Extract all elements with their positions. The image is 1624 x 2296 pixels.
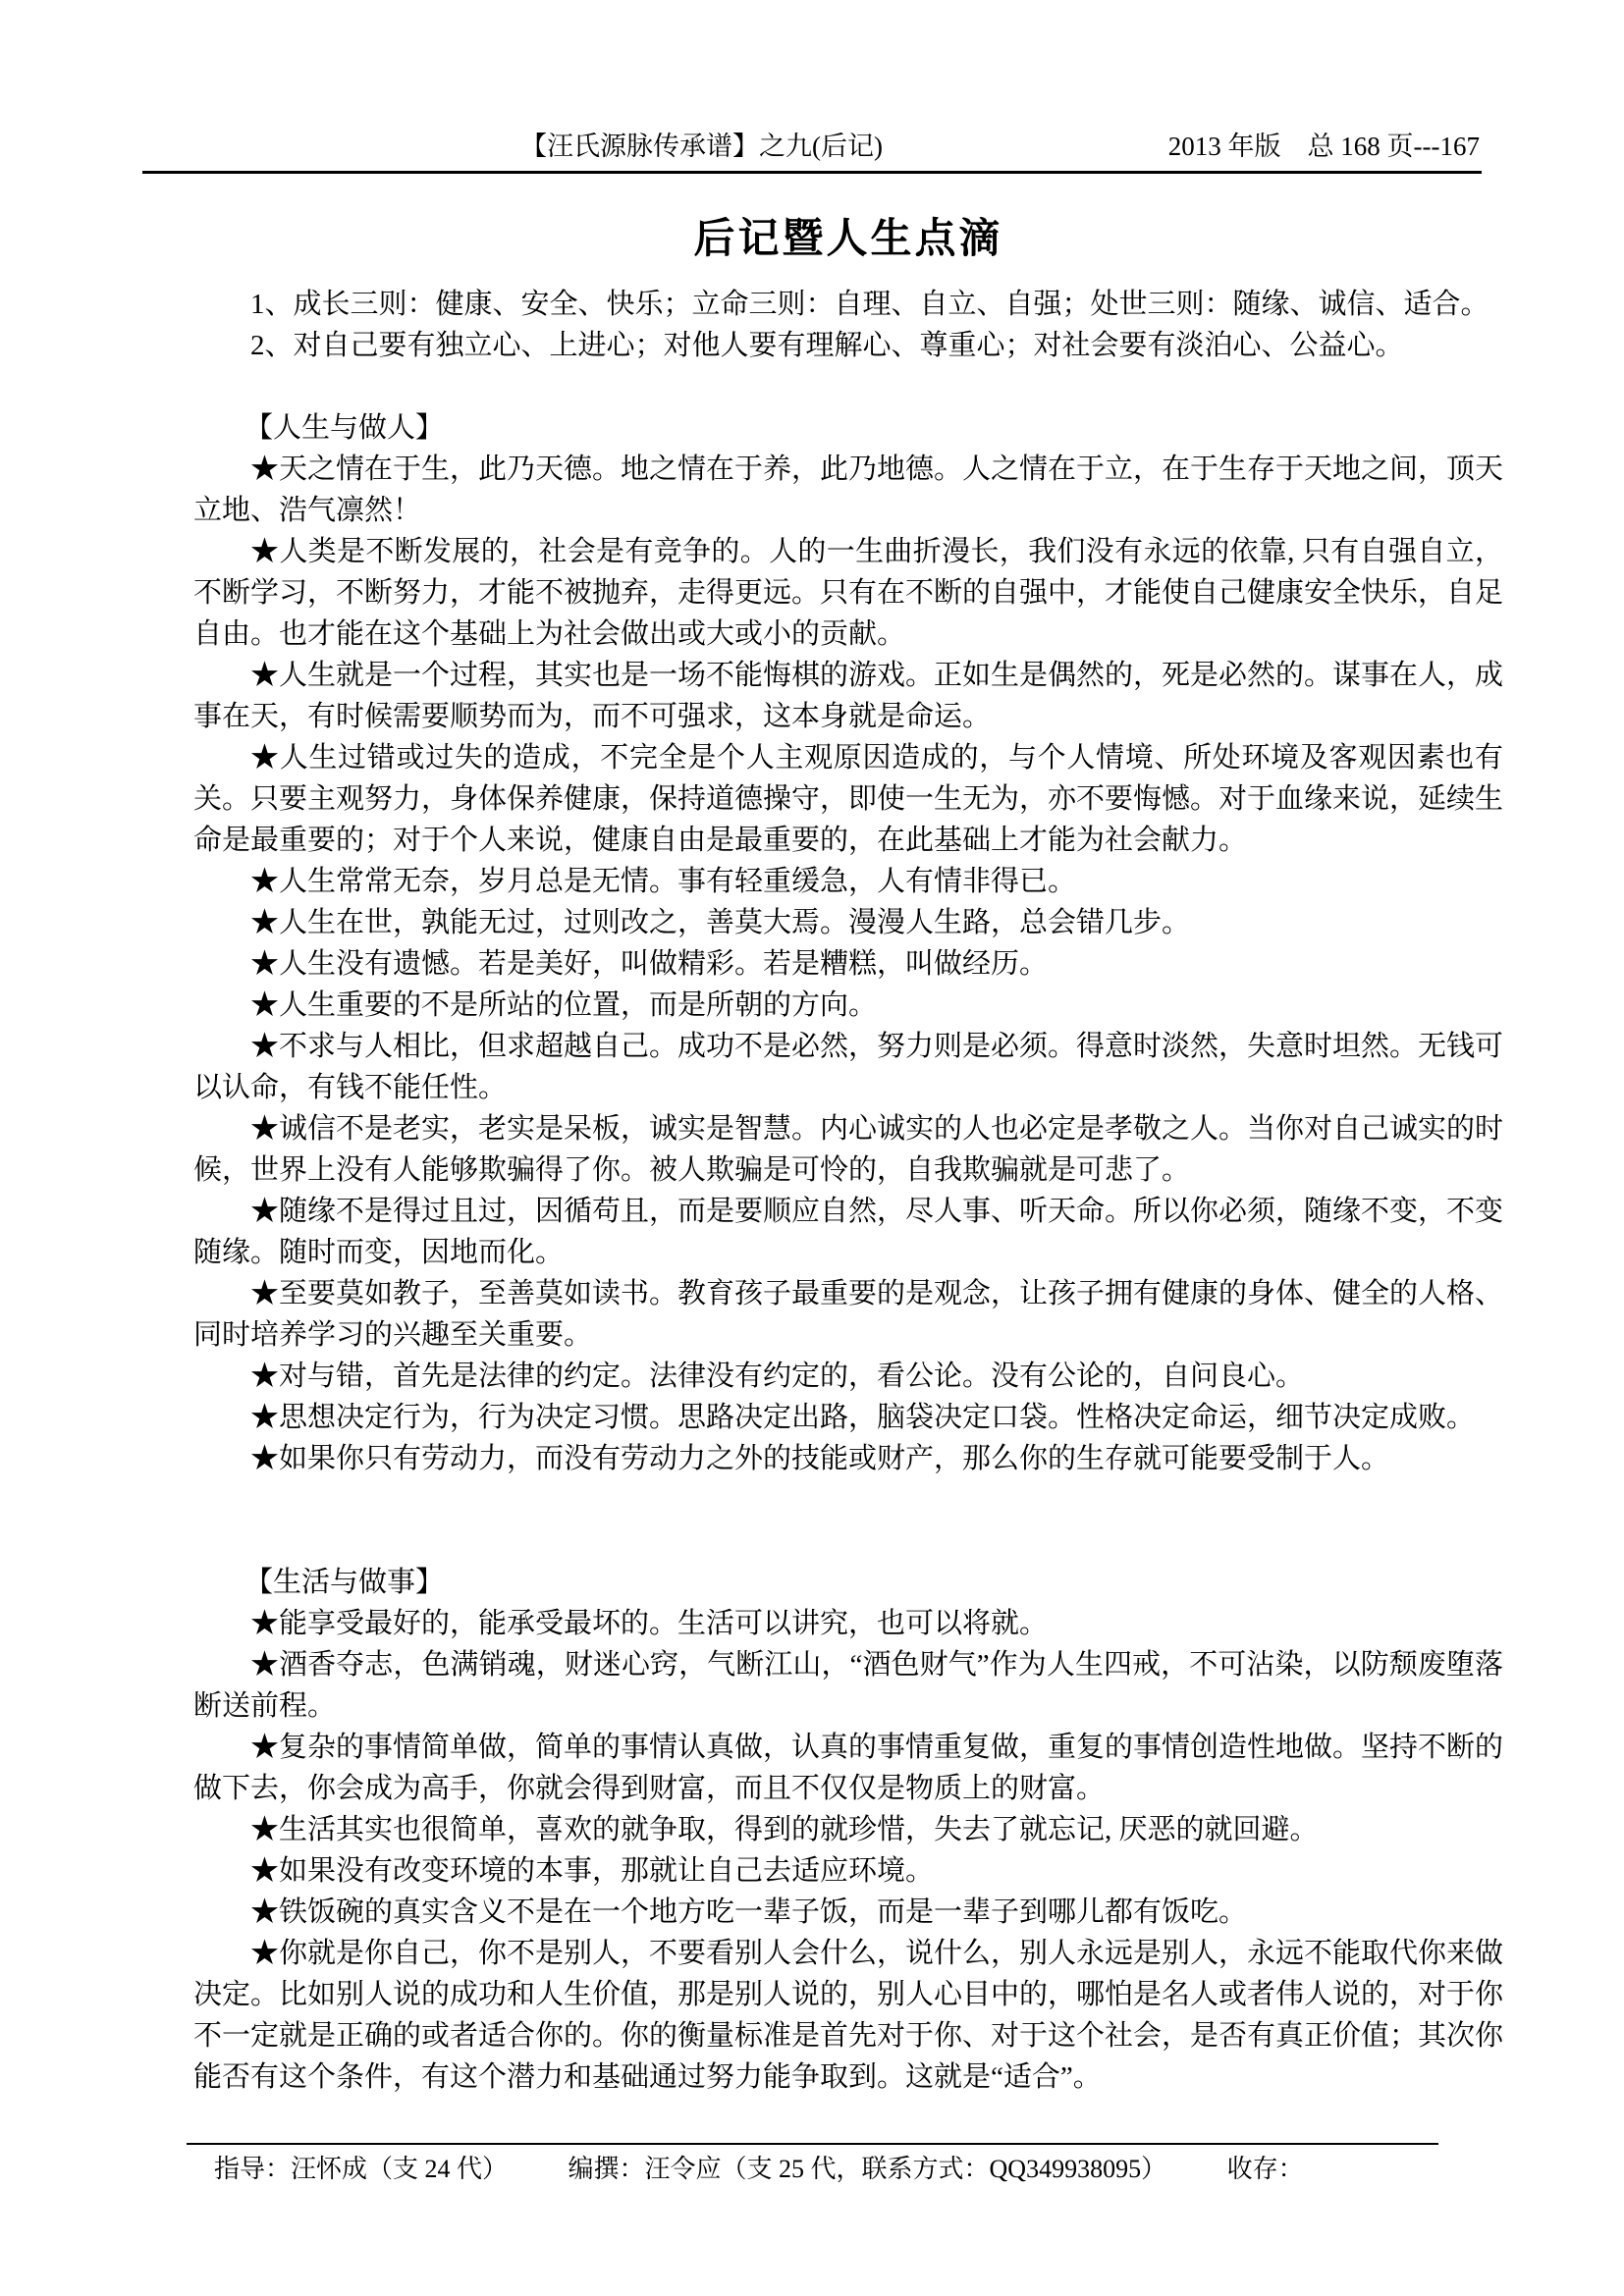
header-book-title: 【汪氏源脉传承谱】之九(后记) bbox=[520, 129, 883, 164]
paragraph: ★生活其实也很简单，喜欢的就争取，得到的就珍惜，失去了就忘记, 厌恶的就回避。 bbox=[193, 1809, 1503, 1850]
page-header: 【汪氏源脉传承谱】之九(后记) 2013 年版 总 168 页---167 bbox=[142, 129, 1482, 164]
paragraph: ★不求与人相比，但求超越自己。成功不是必然，努力则是必须。得意时淡然，失意时坦然… bbox=[193, 1026, 1503, 1108]
body-text-block: 1、成长三则：健康、安全、快乐；立命三则：自理、自立、自强；处世三则：随缘、诚信… bbox=[193, 284, 1503, 2098]
paragraph: ★人生没有遗憾。若是美好，叫做精彩。若是糟糕，叫做经历。 bbox=[193, 943, 1503, 985]
section-heading: 【人生与做人】 bbox=[193, 407, 1503, 449]
paragraph: ★人类是不断发展的，社会是有竞争的。人的一生曲折漫长，我们没有永远的依靠, 只有… bbox=[193, 531, 1503, 655]
intro-line: 2、对自己要有独立心、上进心；对他人要有理解心、尊重心；对社会要有淡泊心、公益心… bbox=[193, 325, 1503, 366]
paragraph: ★人生重要的不是所站的位置，而是所朝的方向。 bbox=[193, 985, 1503, 1026]
paragraph: ★天之情在于生，此乃天德。地之情在于养，此乃地德。人之情在于立，在于生存于天地之… bbox=[193, 449, 1503, 531]
paragraph: ★对与错，首先是法律的约定。法律没有约定的，看公论。没有公论的，自问良心。 bbox=[193, 1356, 1503, 1397]
header-edition-page-number: 2013 年版 总 168 页---167 bbox=[1168, 129, 1480, 164]
paragraph: ★思想决定行为，行为决定习惯。思路决定出路，脑袋决定口袋。性格决定命运，细节决定… bbox=[193, 1397, 1503, 1438]
paragraph: ★铁饭碗的真实含义不是在一个地方吃一辈子饭，而是一辈子到哪儿都有饭吃。 bbox=[193, 1892, 1503, 1933]
paragraph: ★随缘不是得过且过，因循苟且，而是要顺应自然，尽人事、听天命。所以你必须，随缘不… bbox=[193, 1191, 1503, 1273]
intro-block: 1、成长三则：健康、安全、快乐；立命三则：自理、自立、自强；处世三则：随缘、诚信… bbox=[193, 284, 1503, 366]
header-rule bbox=[142, 171, 1482, 174]
page-footer: 指导：汪怀成（支 24 代） 编撰：汪令应（支 25 代，联系方式：QQ3499… bbox=[214, 2153, 1490, 2186]
paragraph: ★人生常常无奈，岁月总是无情。事有轻重缓急，人有情非得已。 bbox=[193, 861, 1503, 902]
footer-rule bbox=[187, 2143, 1438, 2145]
paragraph: ★你就是你自己，你不是别人，不要看别人会什么，说什么，别人永远是别人，永远不能取… bbox=[193, 1933, 1503, 2098]
paragraph: ★人生就是一个过程，其实也是一场不能悔棋的游戏。正如生是偶然的，死是必然的。谋事… bbox=[193, 655, 1503, 737]
intro-line: 1、成长三则：健康、安全、快乐；立命三则：自理、自立、自强；处世三则：随缘、诚信… bbox=[193, 284, 1503, 325]
paragraph: ★酒香夺志，色满销魂，财迷心窍，气断江山，“酒色财气”作为人生四戒，不可沾染，以… bbox=[193, 1644, 1503, 1727]
paragraph: ★能享受最好的，能承受最坏的。生活可以讲究，也可以将就。 bbox=[193, 1603, 1503, 1644]
paragraph: ★如果你只有劳动力，而没有劳动力之外的技能或财产，那么你的生存就可能要受制于人。 bbox=[193, 1438, 1503, 1479]
paragraph: ★如果没有改变环境的本事，那就让自己去适应环境。 bbox=[193, 1850, 1503, 1892]
section: 【人生与做人】★天之情在于生，此乃天德。地之情在于养，此乃地德。人之情在于立，在… bbox=[193, 407, 1503, 1479]
footer-keeper: 收存： bbox=[1227, 2153, 1304, 2186]
paragraph: ★人生过错或过失的造成，不完全是个人主观原因造成的，与个人情境、所处环境及客观因… bbox=[193, 737, 1503, 861]
paragraph: ★诚信不是老实，老实是呆板，诚实是智慧。内心诚实的人也必定是孝敬之人。当你对自己… bbox=[193, 1108, 1503, 1191]
section-heading: 【生活与做事】 bbox=[193, 1562, 1503, 1603]
page-title: 后记暨人生点滴 bbox=[193, 212, 1503, 267]
paragraph: ★复杂的事情简单做，简单的事情认真做，认真的事情重复做，重复的事情创造性地做。坚… bbox=[193, 1727, 1503, 1809]
footer-advisor: 指导：汪怀成（支 24 代） bbox=[214, 2153, 508, 2186]
sections: 【人生与做人】★天之情在于生，此乃天德。地之情在于养，此乃地德。人之情在于立，在… bbox=[193, 407, 1503, 2098]
document-page: 【汪氏源脉传承谱】之九(后记) 2013 年版 总 168 页---167 后记… bbox=[0, 0, 1624, 2296]
section: 【生活与做事】★能享受最好的，能承受最坏的。生活可以讲究，也可以将就。★酒香夺志… bbox=[193, 1562, 1503, 2098]
paragraph: ★至要莫如教子，至善莫如读书。教育孩子最重要的是观念，让孩子拥有健康的身体、健全… bbox=[193, 1273, 1503, 1356]
paragraph: ★人生在世，孰能无过，过则改之，善莫大焉。漫漫人生路，总会错几步。 bbox=[193, 902, 1503, 943]
footer-compiler: 编撰：汪令应（支 25 代，联系方式：QQ349938095） bbox=[568, 2153, 1167, 2186]
